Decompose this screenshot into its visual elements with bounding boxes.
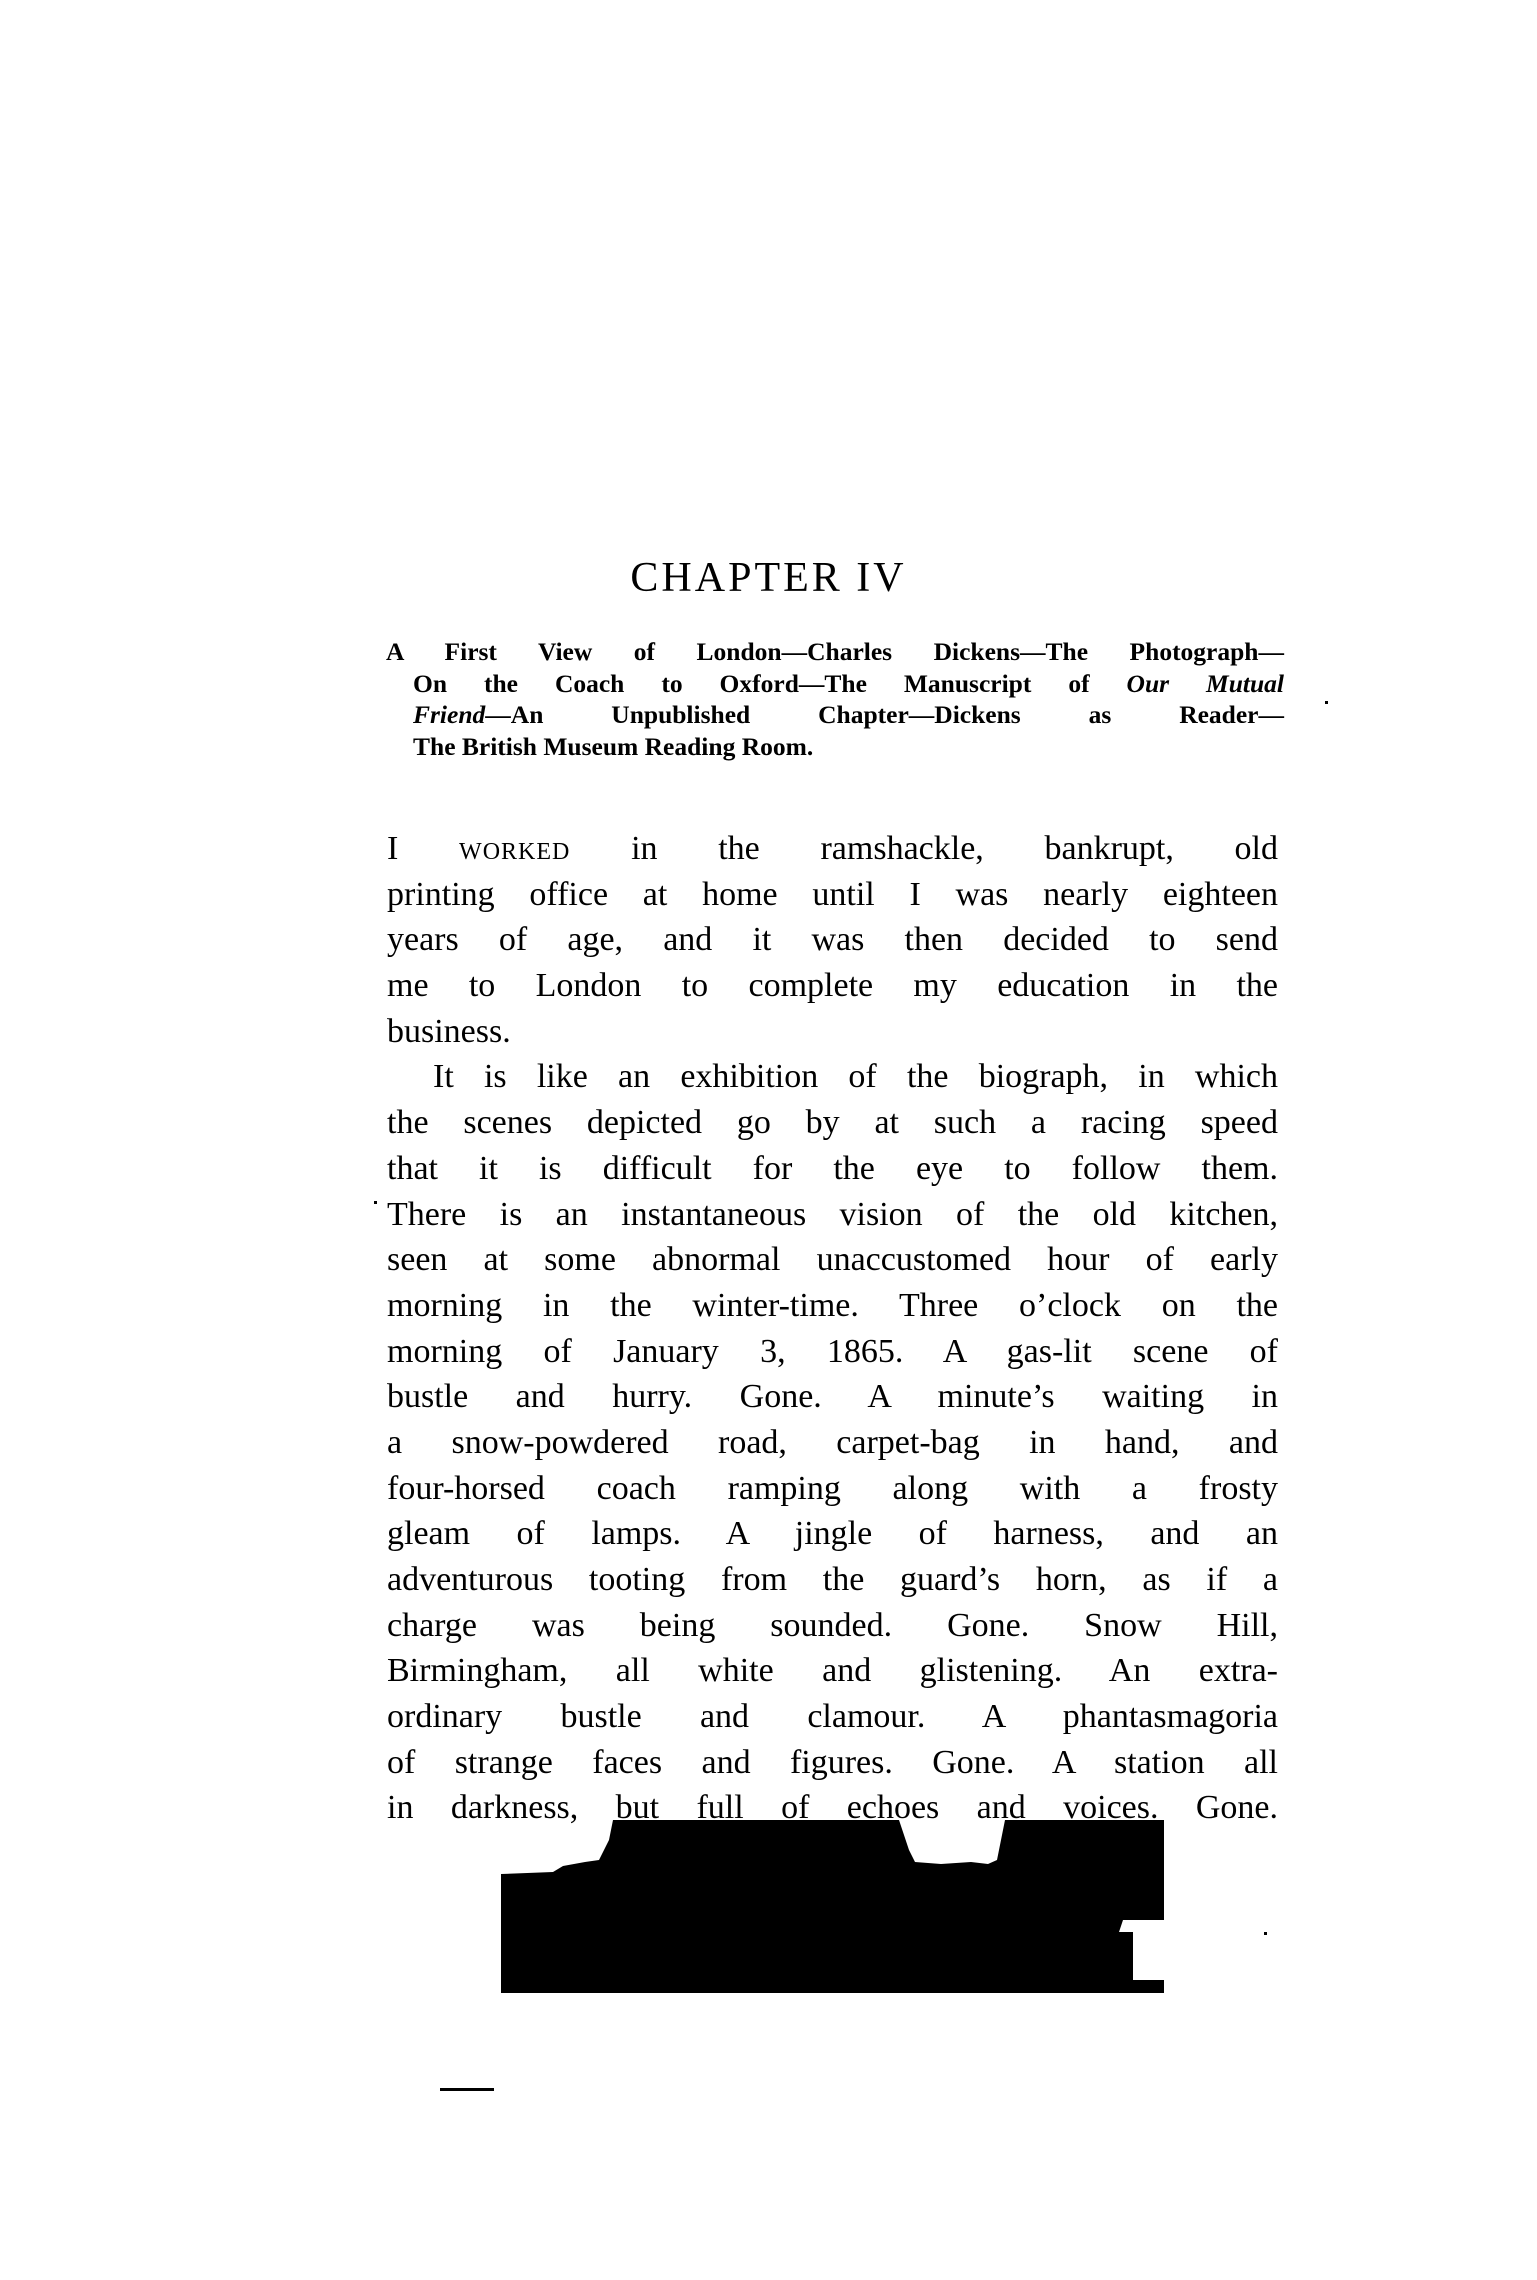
- body-line: charge was being sounded. Gone. Snow Hil…: [387, 1603, 1278, 1649]
- body-line: adventurous tooting from the guard’s hor…: [387, 1557, 1278, 1603]
- body-line: of strange faces and figures. Gone. A st…: [387, 1740, 1278, 1786]
- body-line: business.: [387, 1009, 1278, 1055]
- body-line: ordinary bustle and clamour. A phantasma…: [387, 1694, 1278, 1740]
- body-line: a snow-powdered road, carpet-bag in hand…: [387, 1420, 1278, 1466]
- summary-line-2: On the Coach to Oxford—The Manuscript of…: [386, 668, 1284, 700]
- chapter-body: I worked in the ramshackle, bankrupt, ol…: [387, 826, 1278, 1831]
- body-line: printing office at home until I was near…: [387, 872, 1278, 918]
- body-line: me to London to complete my education in…: [387, 963, 1278, 1009]
- body-line: It is like an exhibition of the biograph…: [387, 1054, 1278, 1100]
- body-line: gleam of lamps. A jingle of harness, and…: [387, 1511, 1278, 1557]
- body-line: the scenes depicted go by at such a raci…: [387, 1100, 1278, 1146]
- book-title-italic-our-mutual: Our Mutual: [1127, 669, 1284, 698]
- summary-line-3: Friend—An Unpublished Chapter—Dickens as…: [386, 699, 1284, 731]
- summary-line-3-text: —An Unpublished Chapter—Dickens as Reade…: [485, 700, 1284, 729]
- body-line: seen at some abnormal unaccustomed hour …: [387, 1237, 1278, 1283]
- opening-word: I: [387, 830, 398, 867]
- stray-dot: [1325, 701, 1328, 704]
- summary-line-4: The British Museum Reading Room.: [386, 731, 1284, 763]
- stray-dot: [374, 1201, 377, 1204]
- body-line: Birmingham, all white and glistening. An…: [387, 1648, 1278, 1694]
- chapter-summary: A First View of London—Charles Dickens—T…: [386, 636, 1284, 762]
- stray-dot: [1264, 1932, 1267, 1935]
- summary-line-1: A First View of London—Charles Dickens—T…: [386, 636, 1284, 668]
- ink-blot-artifact: [501, 1820, 1164, 1993]
- body-line: bustle and hurry. Gone. A minute’s waiti…: [387, 1374, 1278, 1420]
- body-line: years of age, and it was then decided to…: [387, 917, 1278, 963]
- body-line: four-horsed coach ramping along with a f…: [387, 1466, 1278, 1512]
- book-title-italic-friend: Friend: [413, 700, 485, 729]
- body-line-text: in the ramshackle, bankrupt, old: [570, 830, 1278, 867]
- body-line: morning in the winter-time. Three o’cloc…: [387, 1283, 1278, 1329]
- book-page: CHAPTER IV A First View of London—Charle…: [0, 0, 1537, 2280]
- footer-dash-artifact: [440, 2088, 494, 2091]
- body-line: that it is difficult for the eye to foll…: [387, 1146, 1278, 1192]
- summary-line-2-text: On the Coach to Oxford—The Manuscript of: [413, 669, 1127, 698]
- body-line: I worked in the ramshackle, bankrupt, ol…: [387, 826, 1278, 872]
- chapter-title: CHAPTER IV: [0, 548, 1537, 608]
- body-line: There is an instantaneous vision of the …: [387, 1192, 1278, 1238]
- smallcaps-word: worked: [459, 830, 570, 867]
- body-line: morning of January 3, 1865. A gas-lit sc…: [387, 1329, 1278, 1375]
